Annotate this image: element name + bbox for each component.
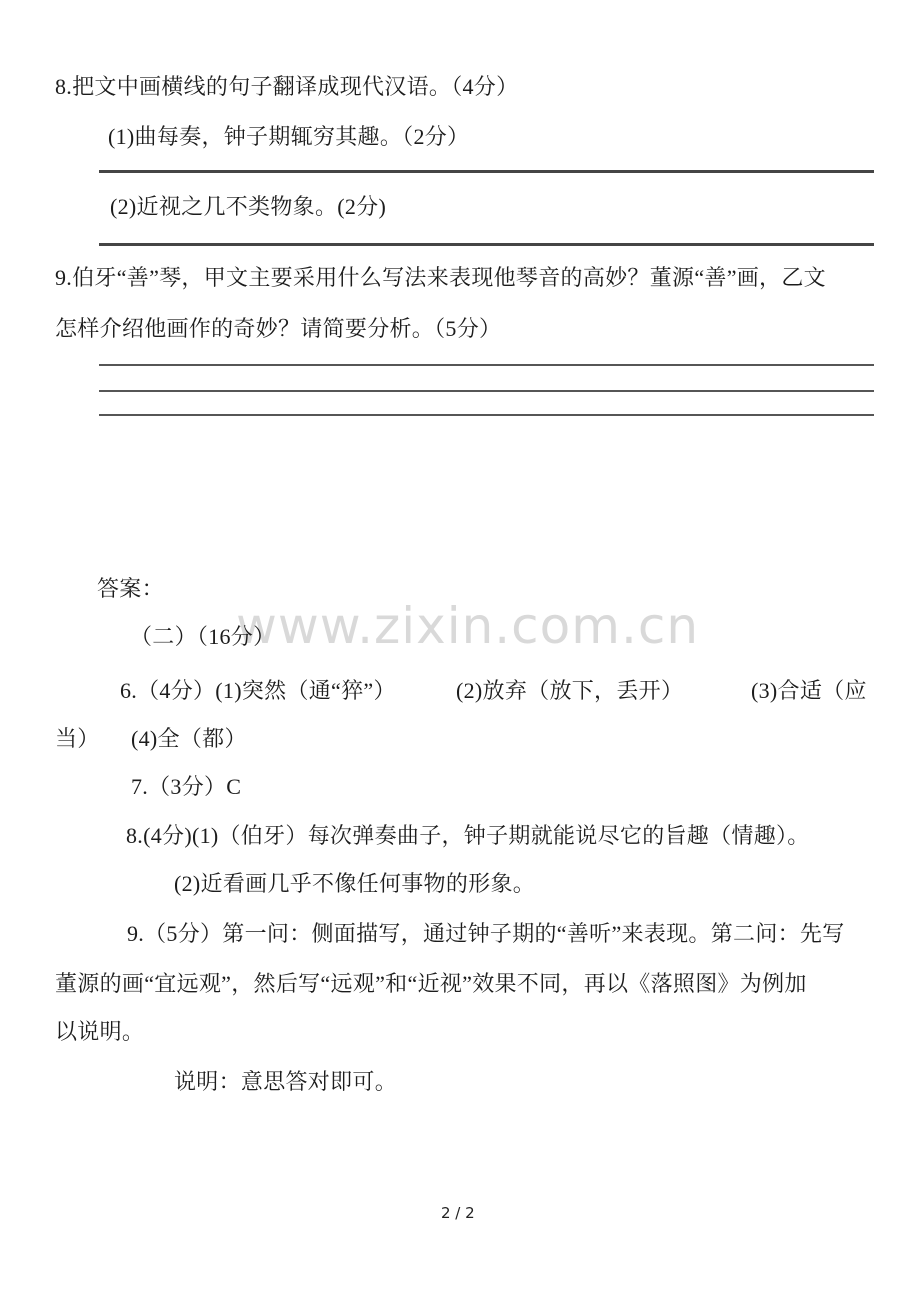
answer-7: 7.（3分）C	[131, 772, 241, 802]
answer-9-line3: 以说明。	[55, 1017, 144, 1047]
answer-8-line2: (2)近看画几乎不像任何事物的形象。	[174, 869, 535, 899]
question-9-line1: 9.伯牙“善”琴，甲文主要采用什么写法来表现他琴音的高妙？董源“善”画，乙文	[55, 263, 826, 293]
answer-6-continuation-right: (4)全（都）	[131, 724, 247, 754]
answer-6-continuation-left: 当）	[55, 724, 100, 754]
answer-blank-line-4	[99, 390, 874, 392]
watermark-text: www.zixin.com.cn	[236, 601, 699, 651]
answer-blank-line-2	[99, 243, 874, 246]
answers-note: 说明：意思答对即可。	[174, 1067, 397, 1097]
answer-6-part1: 6.（4分）(1)突然（通“猝”）	[120, 676, 396, 706]
answer-blank-line-1	[99, 170, 874, 173]
page-number: 2 / 2	[441, 1204, 475, 1222]
answer-9-line1: 9.（5分）第一问：侧面描写，通过钟子期的“善听”来表现。第二问：先写	[127, 919, 845, 949]
document-page: www.zixin.com.cn 8.把文中画横线的句子翻译成现代汉语。（4分）…	[0, 0, 920, 1302]
answer-6-part2: (2)放弃（放下，丢开）	[456, 676, 683, 706]
question-9-line2: 怎样介绍他画作的奇妙？请简要分析。（5分）	[55, 314, 501, 344]
question-8-sub2: (2)近视之几不类物象。(2分)	[110, 192, 386, 222]
answers-section-heading: （二）（16分）	[130, 622, 275, 652]
answer-blank-line-5	[99, 414, 874, 416]
answer-6-part3: (3)合适（应	[751, 676, 867, 706]
answers-label: 答案：	[97, 574, 164, 604]
answer-9-line2: 董源的画“宜远观”，然后写“远观”和“近视”效果不同，再以《落照图》为例加	[55, 969, 807, 999]
question-8-sub1: (1)曲每奏，钟子期辄穷其趣。（2分）	[108, 122, 469, 152]
question-8-heading: 8.把文中画横线的句子翻译成现代汉语。（4分）	[55, 72, 518, 102]
answer-8-line1: 8.(4分)(1)（伯牙）每次弹奏曲子，钟子期就能说尽它的旨趣（情趣）。	[126, 821, 810, 851]
answer-blank-line-3	[99, 364, 874, 366]
